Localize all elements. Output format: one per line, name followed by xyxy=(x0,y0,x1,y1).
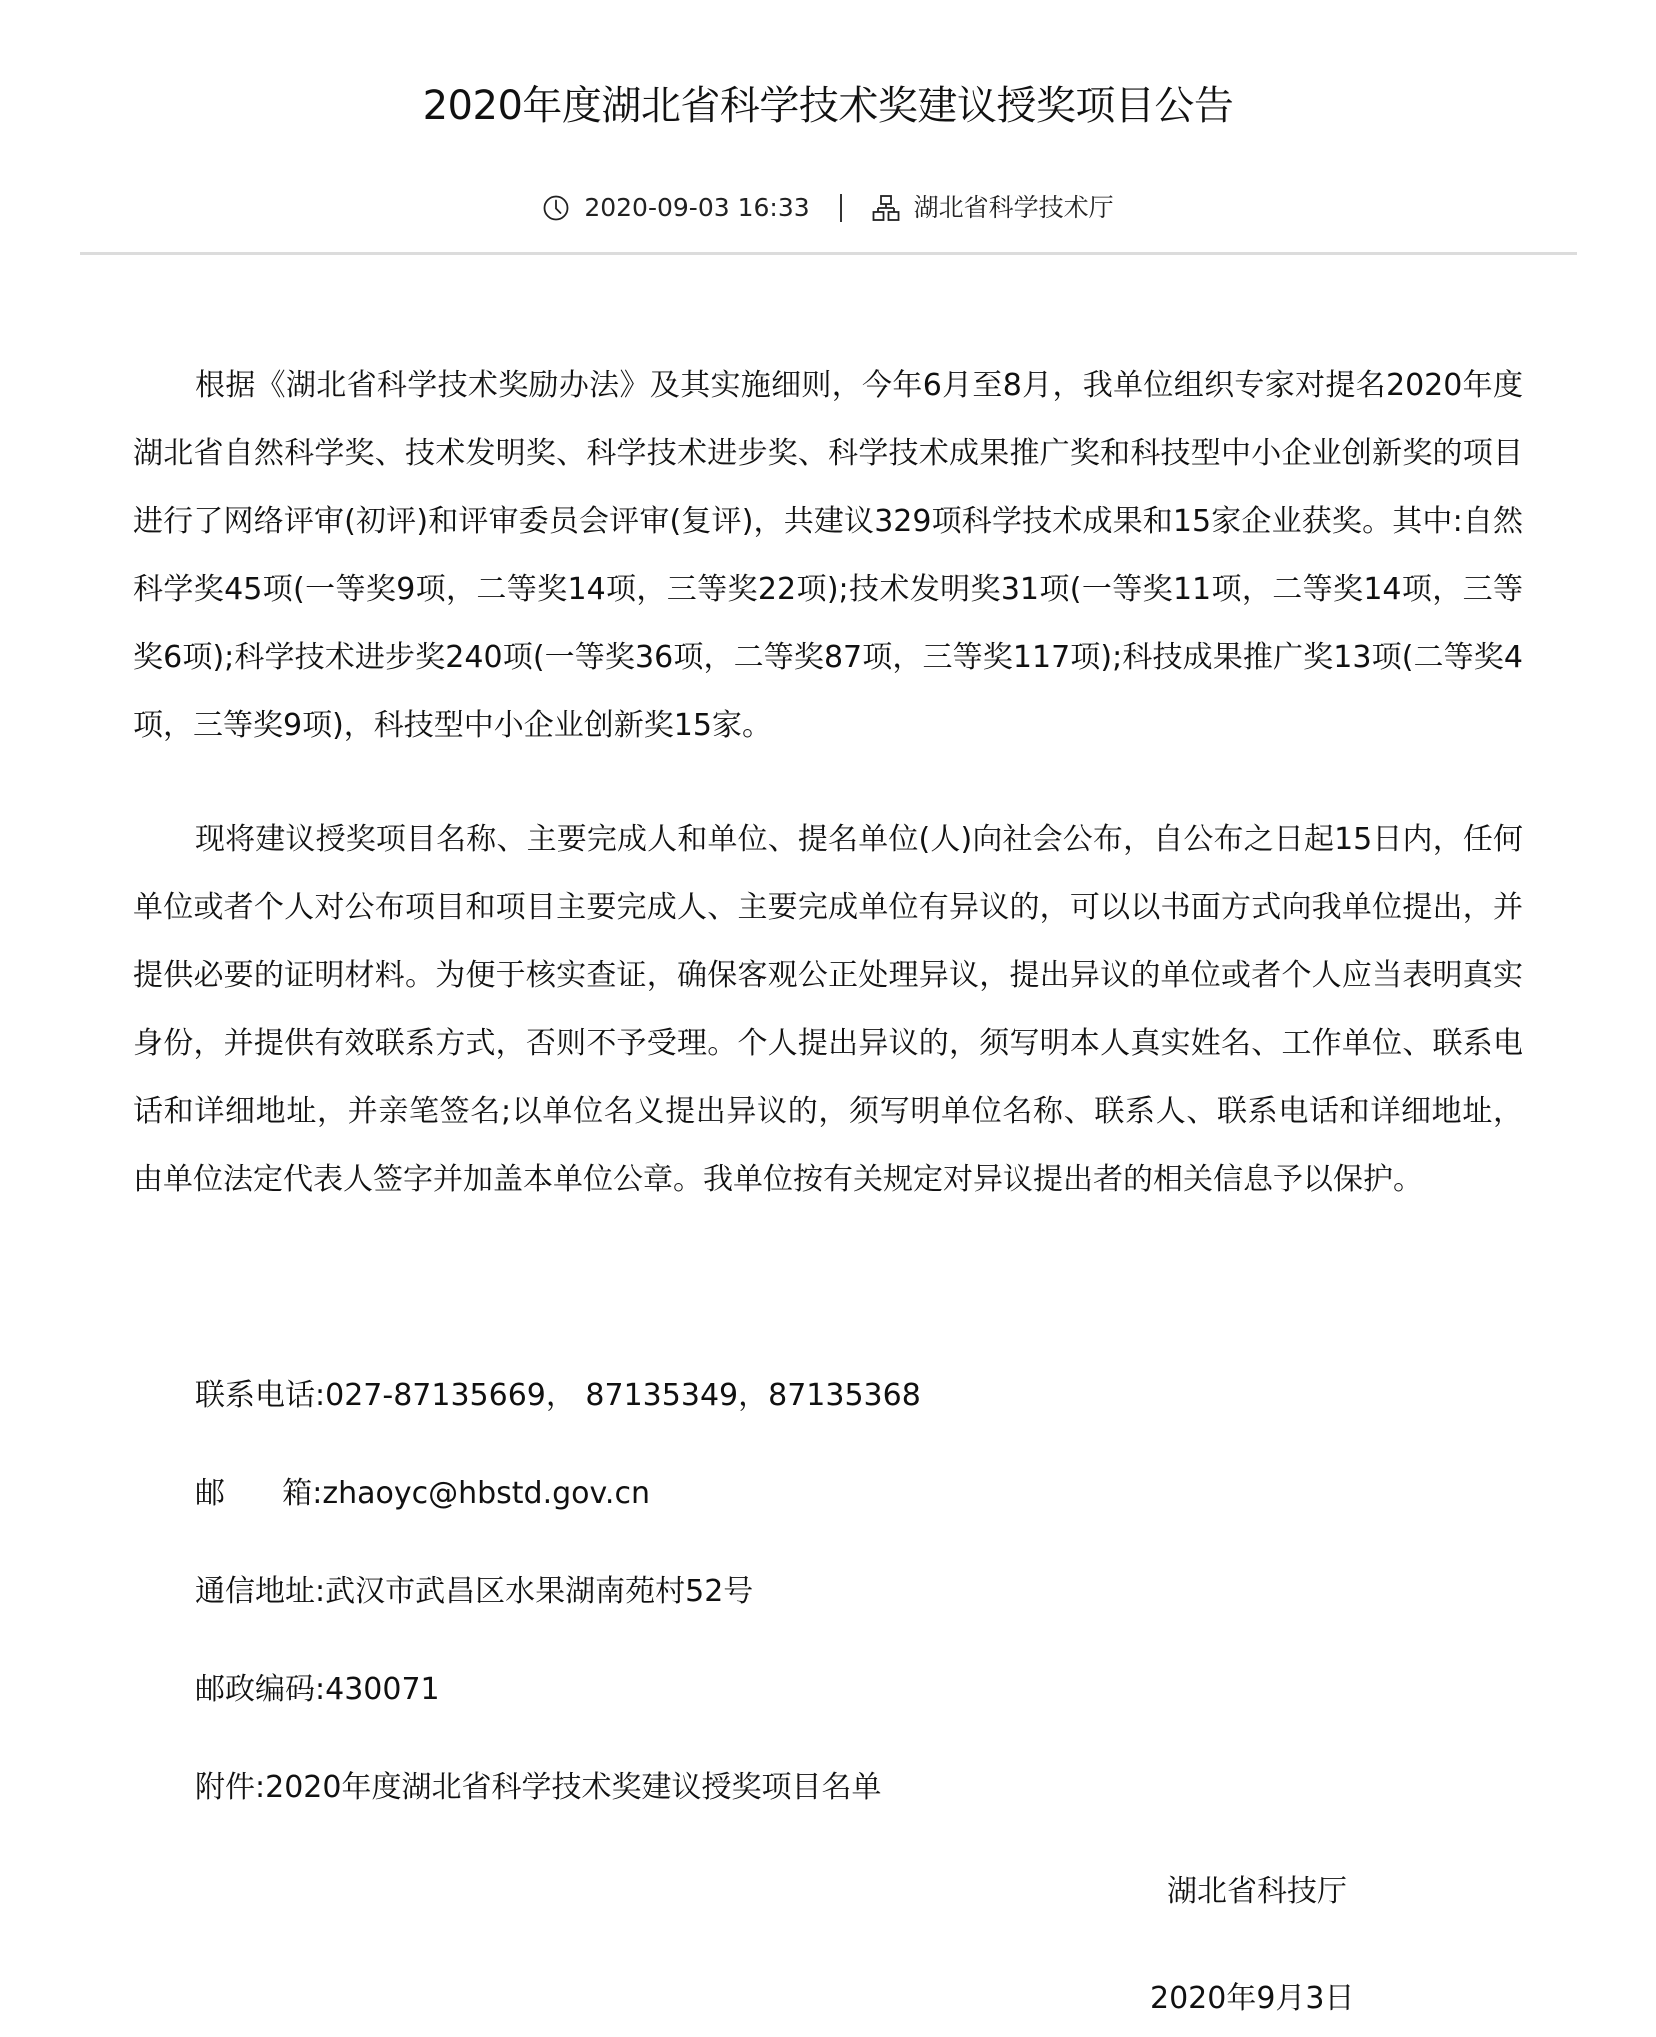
page-title: 2020年度湖北省科学技术奖建议授奖项目公告 xyxy=(0,76,1656,136)
publish-datetime: 2020-09-03 16:33 xyxy=(542,188,809,228)
article-meta-bar: 2020-09-03 16:33 湖北省科学技术厅 xyxy=(0,188,1656,228)
attachment-link[interactable]: 附件:2020年度湖北省科学技术奖建议授奖项目名单 xyxy=(195,1766,921,1864)
signature-organization: 湖北省科技厅 xyxy=(1167,1870,1467,1914)
header-divider xyxy=(80,252,1577,255)
contact-phone: 联系电话:027-87135669， 87135349，87135368 xyxy=(195,1374,921,1472)
article-body: 根据《湖北省科学技术奖励办法》及其实施细则，今年6月至8月，我单位组织专家对提名… xyxy=(133,352,1523,1214)
signature-date: 2020年9月3日 xyxy=(1150,1977,1450,2021)
publish-datetime-text: 2020-09-03 16:33 xyxy=(584,188,809,228)
sitemap-icon xyxy=(872,194,900,222)
contact-email: 邮 箱:zhaoyc@hbstd.gov.cn xyxy=(195,1472,921,1570)
clock-icon xyxy=(542,194,570,222)
publisher-name: 湖北省科学技术厅 xyxy=(914,188,1114,228)
publisher: 湖北省科学技术厅 xyxy=(872,188,1114,228)
body-paragraph: 现将建议授奖项目名称、主要完成人和单位、提名单位(人)向社会公布，自公布之日起1… xyxy=(133,806,1523,1214)
meta-separator xyxy=(840,194,842,222)
contact-postcode: 邮政编码:430071 xyxy=(195,1668,921,1766)
contact-info: 联系电话:027-87135669， 87135349，87135368 邮 箱… xyxy=(195,1374,921,1864)
contact-address: 通信地址:武汉市武昌区水果湖南苑村52号 xyxy=(195,1570,921,1668)
body-paragraph: 根据《湖北省科学技术奖励办法》及其实施细则，今年6月至8月，我单位组织专家对提名… xyxy=(133,352,1523,760)
